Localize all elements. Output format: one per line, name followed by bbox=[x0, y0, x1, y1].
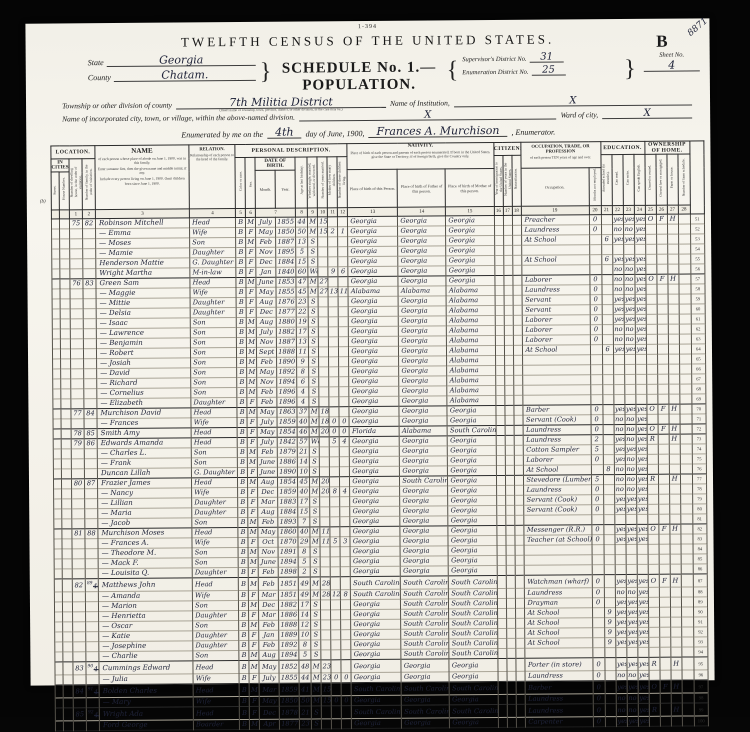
birth-month: July bbox=[256, 328, 276, 338]
birthplace: Georgia bbox=[349, 327, 399, 337]
can-write: no bbox=[625, 435, 636, 445]
can-read: yes bbox=[615, 658, 626, 671]
enumeration-district-value: 25 bbox=[542, 66, 555, 75]
age: 5 bbox=[296, 247, 308, 257]
naturalization-cell bbox=[515, 576, 524, 589]
can-read bbox=[615, 648, 626, 658]
can-read: yes bbox=[613, 315, 624, 325]
dwelling-number bbox=[72, 489, 85, 499]
color-race: B bbox=[237, 408, 247, 418]
years-married bbox=[318, 237, 328, 247]
occupation: Laundress bbox=[523, 485, 591, 496]
nativity-title: NATIVITY. bbox=[348, 143, 493, 149]
birth-month: Feb bbox=[256, 238, 276, 248]
farm-or-house bbox=[667, 235, 678, 245]
sex: F bbox=[246, 298, 256, 308]
house-number-cell bbox=[61, 409, 71, 419]
home-owned-rented: O bbox=[649, 681, 660, 694]
father-birthplace: Georgia bbox=[398, 216, 446, 226]
immigration-year-cell bbox=[497, 589, 506, 599]
children-living bbox=[341, 640, 351, 650]
relation: Son bbox=[193, 651, 239, 661]
birth-year: 1854 bbox=[277, 428, 297, 438]
years-married: 15 bbox=[321, 696, 331, 706]
speaks-english bbox=[637, 545, 648, 555]
immigration-year-cell bbox=[494, 256, 503, 266]
mother-birthplace: Georgia bbox=[450, 695, 498, 705]
township-value-blank: 7th Militia District (Insert name of tow… bbox=[176, 97, 386, 110]
house-number-cell bbox=[60, 319, 70, 329]
mother-of-children bbox=[330, 467, 340, 477]
page-title: TWELFTH CENSUS OF THE UNITED STATES. bbox=[26, 30, 710, 51]
col-header-farm-house: Farm or house. bbox=[667, 154, 678, 206]
years-in-us-cell bbox=[504, 326, 513, 336]
color-race: B bbox=[238, 458, 248, 468]
farm-or-house: H bbox=[671, 658, 682, 671]
can-write: no bbox=[627, 671, 638, 681]
mother-of-children bbox=[328, 257, 338, 267]
line-number: 98 bbox=[694, 693, 708, 703]
birth-month: Feb bbox=[259, 621, 279, 631]
can-read: yes bbox=[613, 345, 624, 355]
dwelling-number bbox=[71, 379, 84, 389]
birth-year: 1889 bbox=[279, 631, 299, 641]
birth-month: Dec bbox=[259, 707, 279, 717]
col-header-mother-of: Mother of how many children. bbox=[327, 157, 337, 209]
opening-brace bbox=[443, 53, 463, 87]
home-owned-rented bbox=[648, 618, 659, 628]
dwelling-number: 77 bbox=[71, 409, 84, 419]
children-living bbox=[340, 507, 350, 517]
color-race: B bbox=[236, 218, 246, 228]
house-number-cell bbox=[59, 219, 69, 229]
age: 7 bbox=[298, 517, 310, 527]
school-months bbox=[603, 445, 614, 455]
immigration-year-cell bbox=[496, 426, 505, 436]
person-name: Bolden Charles bbox=[99, 684, 193, 698]
mother-birthplace: Alabama bbox=[447, 306, 495, 316]
farm-schedule-cell bbox=[681, 554, 693, 564]
line-number: 80 bbox=[692, 504, 706, 514]
children-living bbox=[338, 277, 348, 287]
years-in-us-cell bbox=[506, 629, 515, 639]
can-write bbox=[626, 555, 637, 565]
home-free-mortgaged bbox=[660, 658, 671, 671]
children-living bbox=[338, 217, 348, 227]
home-owned-rented bbox=[649, 671, 660, 681]
closing-brace-2 bbox=[620, 52, 640, 86]
family-number bbox=[85, 549, 98, 559]
can-write: yes bbox=[626, 618, 637, 628]
line-number: 74 bbox=[692, 444, 706, 454]
occupation: Servant (Cook) bbox=[523, 495, 591, 506]
color-race: B bbox=[239, 697, 249, 707]
can-read bbox=[613, 395, 624, 405]
months-not-employed: 0 bbox=[592, 658, 604, 671]
naturalization-cell bbox=[513, 376, 522, 386]
state-label: State bbox=[88, 58, 104, 67]
home-owned-rented bbox=[647, 485, 658, 495]
children-living bbox=[339, 347, 349, 357]
street-cell bbox=[52, 339, 60, 349]
marital-status: S bbox=[309, 347, 319, 357]
mother-birthplace: Georgia bbox=[448, 476, 496, 486]
birthplace: Georgia bbox=[348, 277, 398, 287]
years-in-us-cell bbox=[506, 576, 515, 589]
occupation-title: OCCUPATION, TRADE, OR PROFESSION bbox=[521, 143, 600, 154]
naturalization-cell bbox=[516, 695, 525, 705]
line-number: 75 bbox=[692, 454, 706, 464]
occupation: Laundress bbox=[525, 694, 593, 705]
color-race: B bbox=[238, 568, 248, 578]
school-months bbox=[602, 325, 613, 335]
relation: Wife bbox=[193, 674, 239, 684]
school-months bbox=[605, 671, 616, 681]
speaks-english: yes bbox=[637, 535, 648, 545]
farm-schedule-cell bbox=[681, 574, 693, 587]
col-header-sex: Sex. bbox=[245, 157, 255, 209]
can-read: yes bbox=[614, 525, 625, 535]
marital-status: Wd bbox=[309, 437, 319, 447]
can-write bbox=[626, 545, 637, 555]
street-cell bbox=[55, 612, 63, 622]
birth-year: 1884 bbox=[276, 258, 296, 268]
dwelling-number bbox=[72, 549, 85, 559]
col-header-naturalization: Naturalization. bbox=[511, 155, 520, 207]
marital-status: S bbox=[311, 706, 321, 717]
street-cell bbox=[53, 429, 61, 439]
marital-status: M bbox=[309, 417, 319, 427]
occupation: Laborer bbox=[522, 315, 590, 326]
relation: Son bbox=[191, 358, 237, 368]
farm-or-house bbox=[667, 265, 678, 275]
age: 10 bbox=[299, 630, 311, 640]
naturalization-cell bbox=[515, 546, 524, 556]
family-number: 82 bbox=[82, 219, 95, 229]
color-race: B bbox=[237, 438, 247, 448]
school-months bbox=[602, 365, 613, 375]
family-number: 84 bbox=[84, 409, 97, 419]
children-living bbox=[338, 307, 348, 317]
col-header-month: Month. bbox=[255, 170, 275, 209]
birth-year: 1879 bbox=[277, 448, 297, 458]
home-owned-rented bbox=[647, 505, 658, 515]
home-owned-rented bbox=[648, 628, 659, 638]
can-read bbox=[612, 245, 623, 255]
street-cell bbox=[54, 592, 62, 602]
farm-schedule-cell bbox=[679, 354, 691, 364]
birth-month: May bbox=[257, 428, 277, 438]
children-living bbox=[339, 377, 349, 387]
street-cell bbox=[54, 569, 62, 579]
home-free-mortgaged: F bbox=[658, 525, 669, 535]
mother-of-children bbox=[330, 557, 340, 567]
school-months bbox=[602, 375, 613, 385]
birth-year: 1860 bbox=[278, 528, 298, 538]
father-birthplace: Georgia bbox=[400, 456, 448, 466]
children-living: 4 bbox=[340, 487, 350, 497]
naturalization-cell bbox=[515, 599, 524, 609]
header-line-3: Name of incorporated city, town, or vill… bbox=[26, 108, 710, 123]
naturalization-cell bbox=[516, 682, 525, 695]
school-months bbox=[604, 648, 615, 658]
birthplace: Georgia bbox=[348, 307, 398, 317]
birthplace: Georgia bbox=[350, 497, 400, 507]
relation: G. Daughter bbox=[192, 468, 238, 478]
birthplace: Georgia bbox=[351, 650, 401, 660]
street-cell bbox=[52, 229, 60, 239]
street-cell bbox=[53, 409, 61, 419]
color-race: B bbox=[239, 651, 249, 661]
closing-brace bbox=[256, 55, 276, 89]
col-group-citizenship: CITIZENSHIP. bbox=[493, 142, 520, 155]
birthplace: Georgia bbox=[350, 517, 400, 527]
can-read: no bbox=[614, 475, 625, 485]
col-header-free-mortgaged: Owned free or mortgaged. bbox=[656, 154, 667, 206]
dwelling-number: 76 bbox=[70, 279, 83, 289]
father-birthplace: Georgia bbox=[400, 546, 448, 556]
farm-or-house bbox=[668, 335, 679, 345]
years-in-us-cell bbox=[504, 356, 513, 366]
city-label: Name of incorporated city, town, or vill… bbox=[62, 113, 295, 124]
state-value-blank: Georgia bbox=[107, 55, 256, 67]
immigration-year-cell bbox=[496, 466, 505, 476]
school-months bbox=[604, 598, 615, 608]
family-number bbox=[85, 499, 98, 509]
farm-schedule-cell bbox=[681, 587, 693, 597]
birth-year: 1893 bbox=[278, 518, 298, 528]
sex: F bbox=[248, 498, 258, 508]
birth-year: 1859 bbox=[279, 684, 299, 697]
years-married bbox=[320, 457, 330, 467]
dwelling-number bbox=[70, 239, 83, 249]
years-in-us-cell bbox=[503, 276, 512, 286]
farm-schedule-cell bbox=[678, 264, 690, 274]
sex: M bbox=[247, 348, 257, 358]
home-free-mortgaged: F bbox=[657, 275, 668, 285]
speaks-english: yes bbox=[636, 465, 647, 475]
relation: G. Daughter bbox=[190, 258, 236, 268]
street-cell bbox=[52, 349, 60, 359]
years-in-us-cell bbox=[506, 619, 515, 629]
children-living bbox=[339, 397, 349, 407]
family-number bbox=[84, 399, 97, 409]
farm-or-house: H bbox=[671, 704, 682, 717]
marital-status: M bbox=[311, 590, 321, 600]
district-block: Supervisor's District No. 31 Enumeration… bbox=[462, 52, 620, 79]
age: 5 bbox=[299, 650, 311, 660]
sex: M bbox=[248, 478, 258, 488]
can-read: no bbox=[612, 225, 623, 235]
column-number bbox=[59, 210, 69, 219]
nativity-note: Place of birth of each person and parent… bbox=[348, 150, 493, 160]
can-read: no bbox=[614, 465, 625, 475]
enumeration-district-blank: 25 bbox=[531, 65, 565, 75]
occupation: At School bbox=[521, 235, 589, 246]
house-number-cell bbox=[61, 439, 71, 449]
mother-birthplace: South Carolina bbox=[449, 576, 497, 589]
birth-year: 1842 bbox=[277, 438, 297, 448]
birthplace: Georgia bbox=[348, 267, 398, 277]
birthplace: Georgia bbox=[350, 457, 400, 467]
dwelling-number: 83 bbox=[73, 662, 86, 675]
can-write bbox=[626, 565, 637, 575]
color-race: B bbox=[237, 358, 247, 368]
margin-mark: (b) bbox=[40, 200, 46, 205]
farm-schedule-cell bbox=[678, 254, 690, 264]
relation: Head bbox=[191, 428, 237, 438]
birthplace: Georgia bbox=[351, 610, 401, 620]
mother-birthplace: Georgia bbox=[448, 526, 496, 536]
naturalization-cell bbox=[513, 346, 522, 356]
speaks-english: yes bbox=[637, 575, 648, 588]
dwelling-number: 81 bbox=[72, 529, 85, 539]
house-number-cell bbox=[60, 349, 70, 359]
sex: M bbox=[248, 548, 258, 558]
children-living bbox=[340, 497, 350, 507]
birth-year: 1870 bbox=[278, 538, 298, 548]
mother-of-children bbox=[331, 640, 341, 650]
home-free-mortgaged: F bbox=[658, 405, 669, 415]
birth-year: 1890 bbox=[277, 358, 297, 368]
column-number: 17 bbox=[503, 207, 512, 216]
home-free-mortgaged bbox=[659, 545, 670, 555]
line-number: 76 bbox=[692, 464, 706, 474]
speaks-english: yes bbox=[634, 225, 645, 235]
marital-status: S bbox=[308, 307, 318, 317]
person-name: Matthews John bbox=[98, 578, 192, 592]
census-sheet: 1-394 TWELFTH CENSUS OF THE UNITED STATE… bbox=[25, 18, 714, 685]
family-number: 88 bbox=[85, 529, 98, 539]
birth-month: Feb bbox=[257, 388, 277, 398]
color-race: B bbox=[239, 641, 249, 651]
house-number-cell bbox=[62, 499, 72, 509]
dwelling-number bbox=[72, 602, 85, 612]
school-months bbox=[601, 265, 612, 275]
family-number bbox=[83, 309, 96, 319]
home-owned-rented: R bbox=[649, 704, 660, 717]
birth-month: Jan bbox=[256, 268, 276, 278]
home-owned-rented bbox=[646, 385, 657, 395]
street-cell bbox=[55, 675, 63, 685]
months-not-employed: 0 bbox=[591, 455, 603, 465]
can-read: yes bbox=[614, 435, 625, 445]
age: 11 bbox=[297, 347, 309, 357]
street-cell bbox=[53, 439, 61, 449]
father-birthplace: Georgia bbox=[400, 526, 448, 536]
birthplace: Georgia bbox=[351, 567, 401, 577]
street-cell bbox=[52, 239, 60, 249]
house-number-cell bbox=[63, 622, 73, 632]
birth-month: Feb bbox=[259, 641, 279, 651]
birth-month: Mar bbox=[258, 498, 278, 508]
home-free-mortgaged bbox=[659, 535, 670, 545]
can-read: no bbox=[614, 485, 625, 495]
years-in-us-cell bbox=[504, 396, 513, 406]
birth-year: 1882 bbox=[276, 328, 296, 338]
home-free-mortgaged bbox=[657, 355, 668, 365]
naturalization-cell bbox=[514, 526, 523, 536]
birth-month: July bbox=[257, 418, 277, 428]
can-write: yes bbox=[624, 305, 635, 315]
occupation: Laborer bbox=[522, 335, 590, 346]
line-number: 91 bbox=[693, 617, 707, 627]
marital-status: S bbox=[309, 337, 319, 347]
age: 21 bbox=[297, 447, 309, 457]
mother-of-children bbox=[330, 517, 340, 527]
speaks-english: yes bbox=[636, 505, 647, 515]
birthplace: Georgia bbox=[349, 417, 399, 427]
children-living bbox=[341, 683, 351, 696]
person-name: Wright Ada bbox=[99, 707, 193, 717]
family-number bbox=[85, 569, 98, 579]
farm-schedule-cell bbox=[680, 474, 692, 484]
street-cell bbox=[53, 399, 61, 409]
relation: Son bbox=[190, 318, 236, 328]
relation: Wife bbox=[192, 591, 238, 601]
color-race: B bbox=[236, 228, 246, 238]
relation: Head bbox=[193, 661, 239, 674]
occupation: At School bbox=[523, 465, 591, 476]
date-of-birth-header: DATE OF BIRTH. bbox=[255, 157, 295, 170]
children-living bbox=[340, 577, 350, 590]
immigration-year-cell bbox=[495, 316, 504, 326]
home-owned-rented bbox=[648, 608, 659, 618]
birth-month: Dec bbox=[258, 488, 278, 498]
years-in-us-cell bbox=[506, 546, 515, 556]
occupation bbox=[522, 395, 590, 406]
speaks-english bbox=[635, 385, 646, 395]
relation: Son bbox=[191, 368, 237, 378]
home-owned-rented bbox=[648, 555, 659, 565]
years-in-us-cell bbox=[505, 416, 514, 426]
birthplace: Georgia bbox=[350, 487, 400, 497]
naturalization-cell bbox=[512, 216, 521, 226]
street-cell bbox=[52, 249, 60, 259]
can-write: yes bbox=[626, 535, 637, 545]
farm-schedule-cell bbox=[681, 607, 693, 617]
immigration-year-cell bbox=[495, 326, 504, 336]
naturalization-cell bbox=[515, 619, 524, 629]
home-free-mortgaged: F bbox=[660, 681, 671, 694]
children-living bbox=[340, 567, 350, 577]
years-in-us-cell bbox=[505, 426, 514, 436]
father-birthplace: Georgia bbox=[399, 396, 447, 406]
home-free-mortgaged bbox=[656, 255, 667, 265]
farm-schedule-cell bbox=[680, 504, 692, 514]
mother-birthplace: Alabama bbox=[447, 356, 495, 366]
farm-or-house bbox=[668, 285, 679, 295]
header-line-1: State Georgia County Chatam. SCHEDULE No… bbox=[26, 51, 710, 96]
occupation bbox=[521, 245, 589, 256]
months-not-employed bbox=[592, 565, 604, 575]
age: 8 bbox=[298, 547, 310, 557]
sex: F bbox=[247, 398, 257, 408]
family-number bbox=[84, 449, 97, 459]
relation: Son bbox=[193, 601, 239, 611]
home-owned-rented bbox=[647, 515, 658, 525]
birth-month: June bbox=[258, 468, 278, 478]
speaks-english bbox=[635, 365, 646, 375]
farm-schedule-cell bbox=[679, 384, 691, 394]
marital-status: M bbox=[310, 577, 320, 590]
relation: Wife bbox=[193, 697, 239, 707]
home-free-mortgaged bbox=[659, 618, 670, 628]
farm-schedule-cell bbox=[682, 657, 694, 670]
birth-year: 1894 bbox=[279, 651, 299, 661]
age: 5 bbox=[298, 557, 310, 567]
years-married bbox=[319, 347, 329, 357]
